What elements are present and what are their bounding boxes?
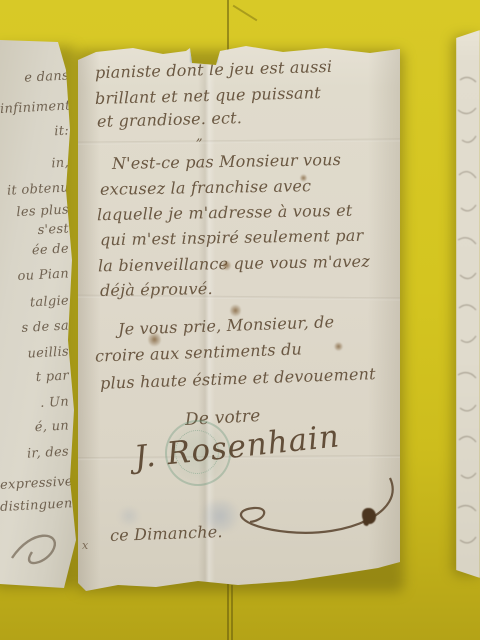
blue-smudge <box>116 506 142 526</box>
quote-mark: „ <box>196 130 203 143</box>
fox-spot <box>222 260 231 271</box>
left-page-fragment: . Un <box>0 394 78 413</box>
background-fold-line-lower <box>231 585 233 640</box>
left-page-fragment: ée de <box>0 241 78 260</box>
left-page-flourish <box>2 518 72 578</box>
fox-spot <box>230 304 241 317</box>
letter-line: qui m'est inspiré seulement par <box>100 228 364 249</box>
main-letter-page: pianiste dont le jeu est aussi brillant … <box>78 44 400 592</box>
left-page-fragment: expressive, <box>0 474 78 493</box>
left-page-fragment: in, <box>0 155 78 174</box>
left-page-fragment: talgie <box>0 293 78 312</box>
left-letter-page: e dans infiniment it: in, it obtenu les … <box>0 40 78 588</box>
fox-spot <box>300 174 307 182</box>
letter-line: N'est-ce pas Monsieur vous <box>112 152 341 172</box>
letter-line: laquelle je m'adresse à vous et <box>97 203 353 223</box>
right-letter-page <box>456 30 480 578</box>
left-page-fragment: les plus <box>0 202 78 221</box>
left-page-fragment: it: <box>0 123 78 142</box>
paper-crease <box>78 138 400 144</box>
fox-spot <box>148 332 161 347</box>
left-page-fragment: é, un <box>0 418 78 437</box>
left-page-fragment: ir, des <box>0 444 78 463</box>
left-page-fragment: s'est <box>0 221 78 240</box>
ink-blot <box>362 508 376 524</box>
letter-line: et grandiose. ect. <box>97 110 242 130</box>
left-page-fragment: t par <box>0 368 78 387</box>
fox-spot <box>334 342 343 351</box>
blue-smudge <box>196 500 244 532</box>
background-crack <box>233 5 258 22</box>
left-page-fragment: infiniment <box>0 98 78 117</box>
left-page-fragment: ou Pian <box>0 266 78 285</box>
letter-line: croire aux sentiments du <box>95 341 303 364</box>
left-page-fragment: ueillis <box>0 344 78 363</box>
letter-line: excusez la franchise avec <box>100 178 312 198</box>
letter-line: plus haute éstime et devouement <box>100 366 376 392</box>
corner-mark: x <box>82 540 88 551</box>
signature: J. Rosenhain <box>133 421 341 473</box>
blurred-handwriting <box>456 40 480 570</box>
letter-line: déjà éprouvé. <box>100 281 213 299</box>
signature-flourish <box>138 472 400 570</box>
letter-line: la bienveillance que vous m'avez <box>98 254 370 275</box>
left-page-fragment: distinguent <box>0 496 78 515</box>
letter-line: brillant et net que puissant <box>95 85 321 107</box>
left-page-fragment: s de sa <box>0 318 78 337</box>
